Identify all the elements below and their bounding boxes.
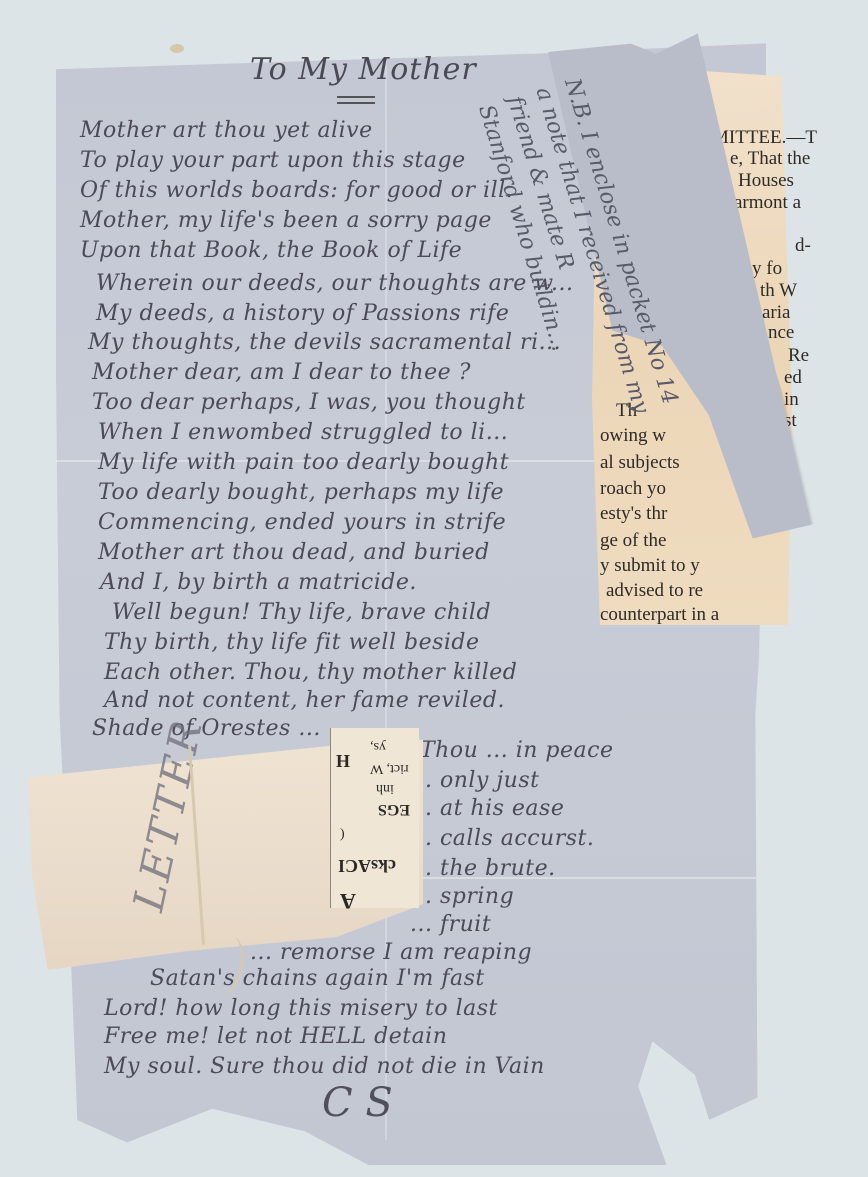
poem-line: Mother, my life's been a sorry page — [80, 208, 492, 233]
poem-line: My soul. Sure thou did not die in Vain — [104, 1054, 545, 1079]
signature-monogram: C S — [322, 1080, 393, 1126]
poem-line: Lord! how long this misery to last — [104, 996, 498, 1021]
poem-line: Too dear perhaps, I was, you thought — [92, 390, 526, 415]
poem-line: Of this worlds boards: for good or ill. — [80, 178, 513, 203]
poem-line: My deeds, a history of Passions rife — [96, 301, 509, 326]
poem-line: ... spring — [410, 884, 514, 909]
poem-line: Mother dear, am I dear to thee ? — [92, 360, 471, 385]
poem-line: My life with pain too dearly bought — [98, 450, 509, 475]
poem-line: Each other. Thou, thy mother killed — [104, 660, 517, 685]
poem-line: When I enwombed struggled to li... — [98, 420, 508, 445]
poem-line: My thoughts, the devils sacramental ri..… — [88, 330, 561, 355]
poem-line: And not content, her fame reviled. — [104, 688, 505, 713]
poem-line: ... remorse I am reaping — [250, 940, 532, 965]
poem-line: Satan's chains again I'm fast — [150, 966, 485, 991]
poem-line: Too dearly bought, perhaps my life — [98, 480, 504, 505]
poem-line: ... the brute. — [410, 856, 556, 881]
poem-line: ... calls accurst. — [410, 826, 594, 851]
poem-line: To play your part upon this stage — [80, 148, 466, 173]
poem-line: Thou ... in peace — [420, 738, 613, 763]
poem-line: Commencing, ended yours in strife — [98, 510, 506, 535]
poem-line: Well begun! Thy life, brave child — [112, 600, 491, 625]
poem-line: Mother art thou yet alive — [80, 118, 373, 143]
poem-line: Wherein our deeds, our thoughts are w... — [96, 271, 574, 296]
poem-line: ... fruit — [410, 912, 491, 937]
paper-stain — [170, 44, 184, 53]
poem-line: And I, by birth a matricide. — [100, 570, 417, 595]
poem-line: Upon that Book, the Book of Life — [80, 238, 462, 263]
poem-line: Mother art thou dead, and buried — [98, 540, 490, 565]
poem-line: ... only just — [410, 768, 539, 793]
poem-line: Thy birth, thy life fit well beside — [104, 630, 480, 655]
poem-line: ... at his ease — [410, 796, 564, 821]
poem-title: To My Mother — [250, 52, 477, 87]
title-underline — [337, 96, 375, 104]
poem-line: Free me! let not HELL detain — [104, 1024, 447, 1049]
